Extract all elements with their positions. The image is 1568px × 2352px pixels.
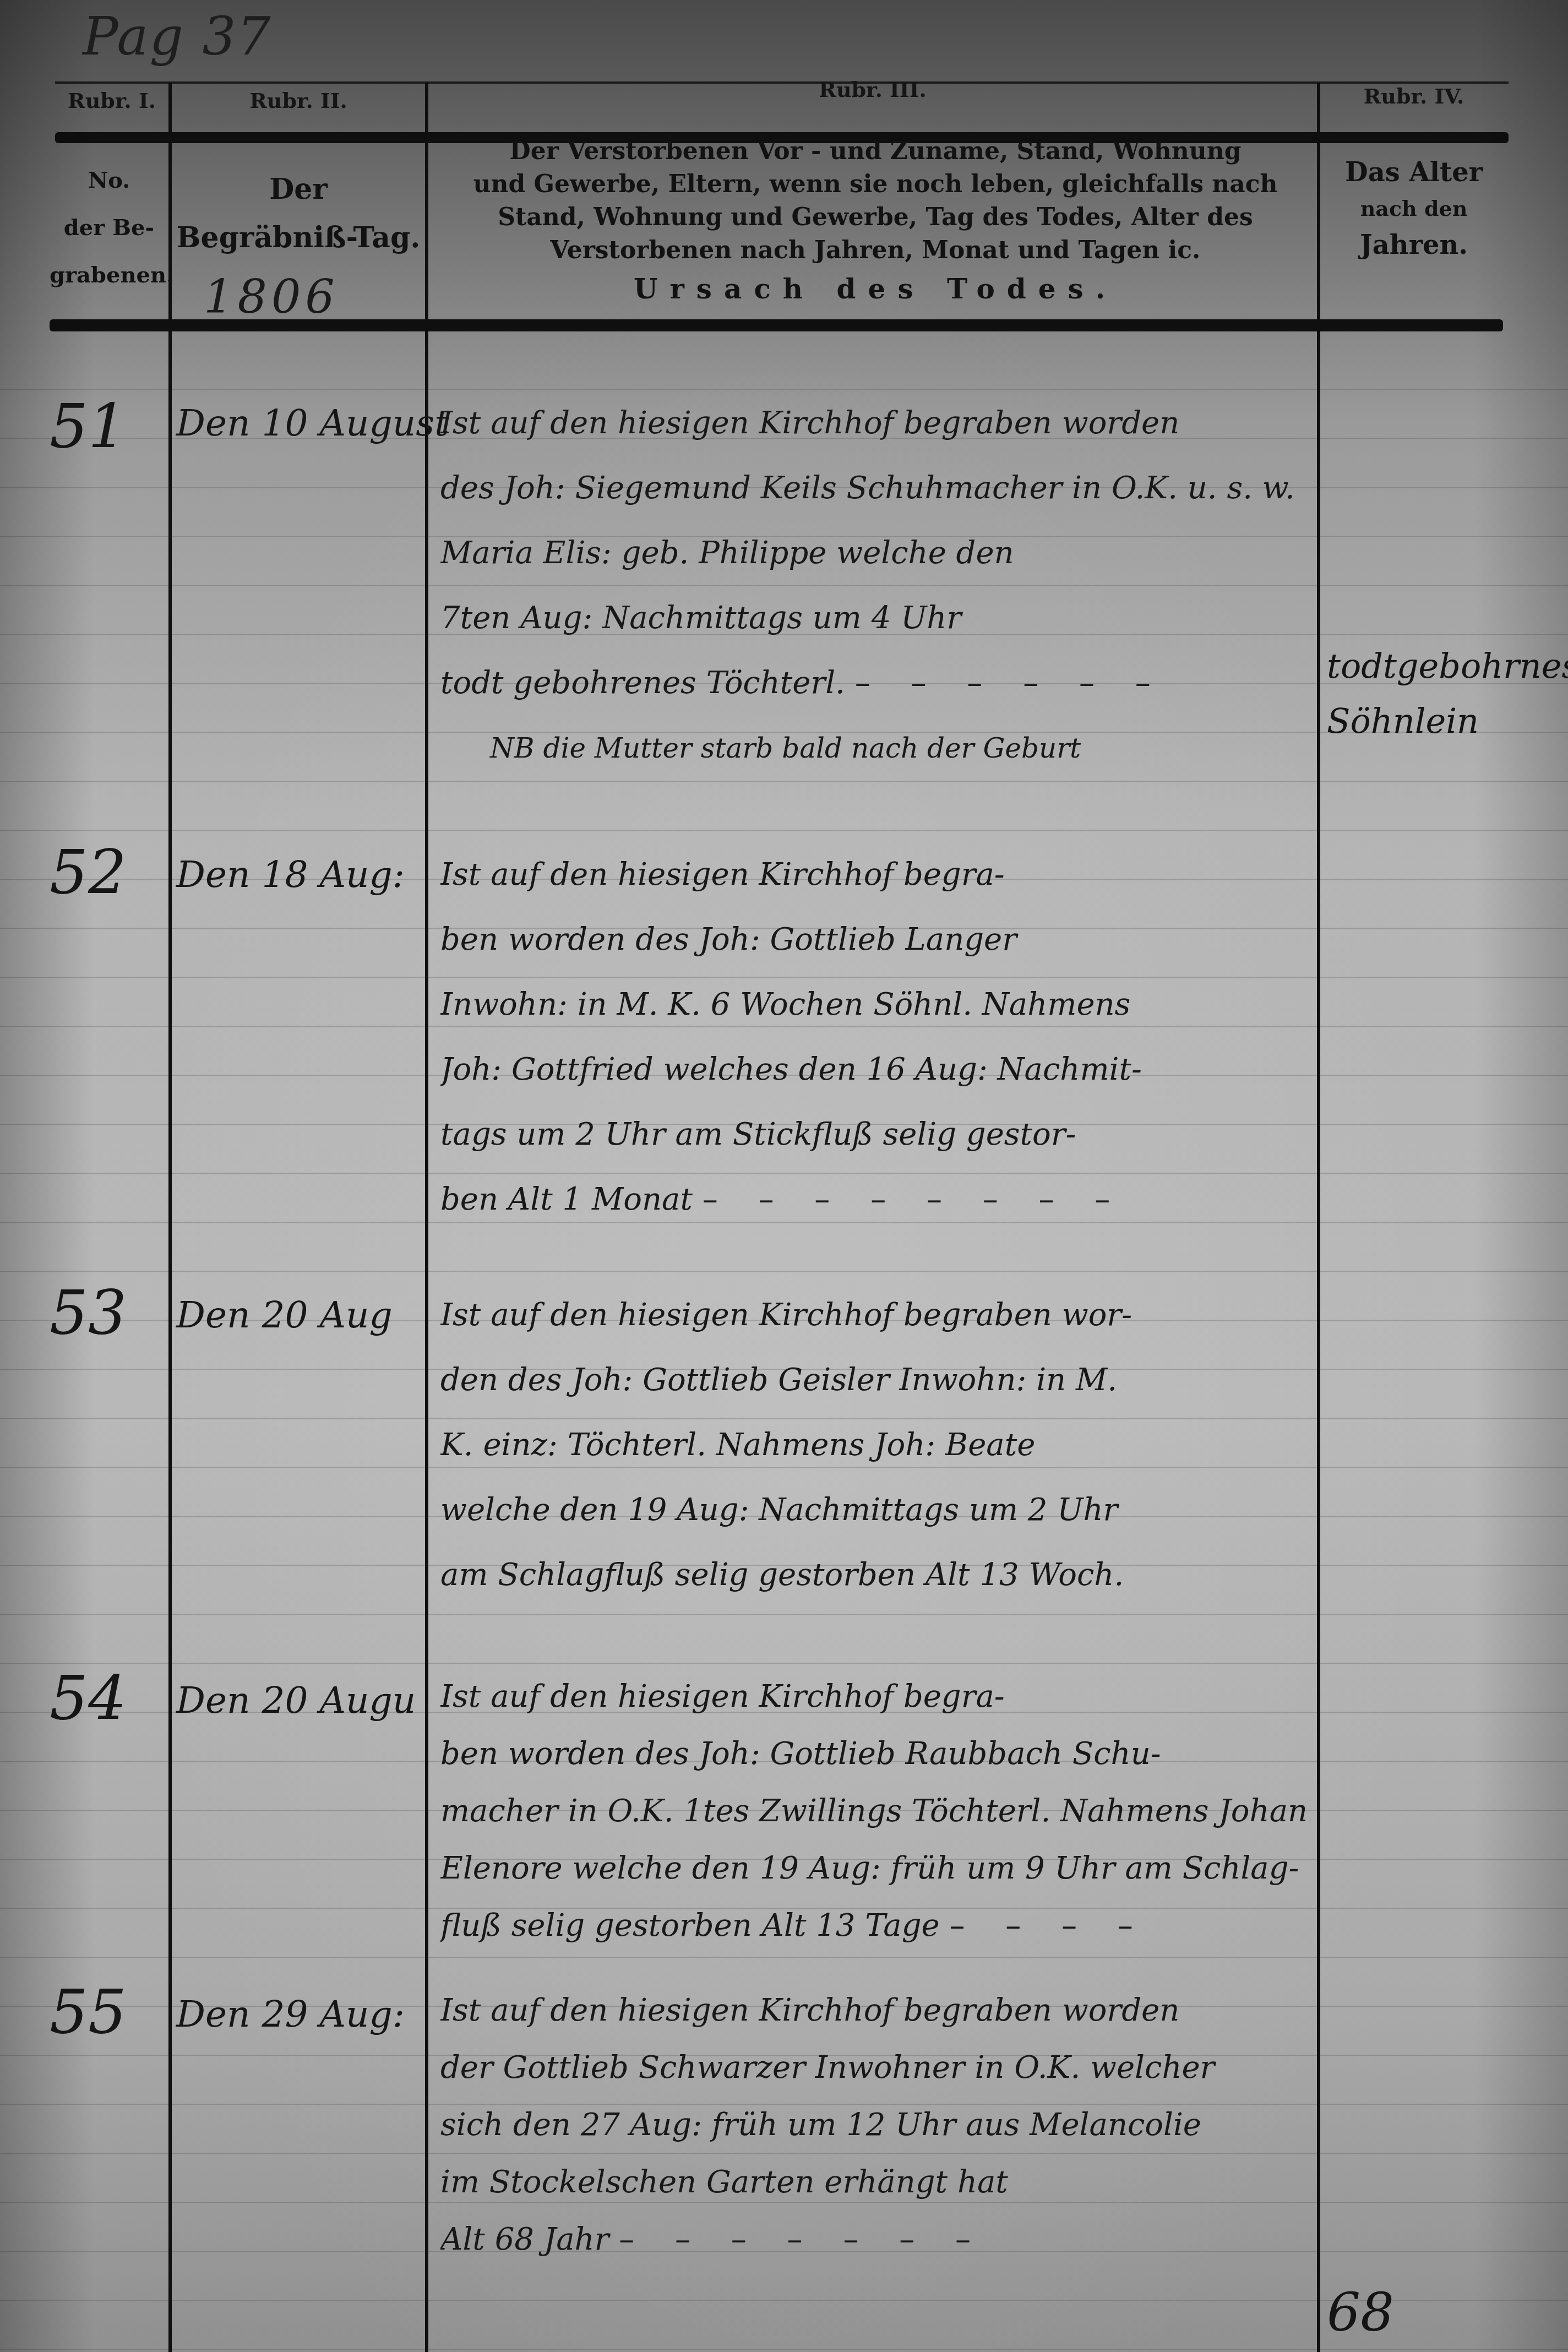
column-heading-burial-date: Der Begräbniß-Tag. bbox=[172, 165, 425, 262]
entry-note: NB die Mutter starb bald nach der Geburt bbox=[440, 716, 1310, 781]
register-page: Pag 37 Rubr. I. Rubr. II. Rubr. III. Rub… bbox=[0, 0, 1568, 2352]
column-heading-age: Das Alter nach den Jahren. bbox=[1320, 154, 1507, 263]
trailing-dashes: – – – – – – – bbox=[619, 2211, 986, 2268]
entry-age: 68 bbox=[1327, 2285, 1564, 2340]
entry-number: 53 bbox=[22, 1277, 154, 1348]
register-year: 1806 bbox=[204, 270, 339, 324]
entry-text: Ist auf den hiesigen Kirchhof begra- ben… bbox=[440, 1668, 1310, 1954]
entry-text: Ist auf den hiesigen Kirchhof begraben w… bbox=[440, 1982, 1310, 2268]
rubric-4-label: Rubr. IV. bbox=[1320, 84, 1507, 108]
entry-number: 54 bbox=[22, 1663, 154, 1733]
trailing-dashes: – – – – – – bbox=[855, 651, 1166, 716]
entry-number: 51 bbox=[22, 391, 154, 461]
column-divider-1 bbox=[168, 83, 172, 2352]
page-number: Pag 37 bbox=[83, 6, 272, 67]
entry-text: Ist auf den hiesigen Kirchhof begraben w… bbox=[440, 1283, 1310, 1608]
entry-text: Ist auf den hiesigen Kirchhof begraben w… bbox=[440, 391, 1310, 781]
entry-age: todtgebohrnes Söhnlein bbox=[1327, 639, 1564, 749]
trailing-dashes: – – – – – – – – bbox=[703, 1167, 1126, 1232]
entry-date: Den 29 Aug: bbox=[176, 1993, 429, 2035]
cause-of-death-heading: Ursach des Todes. bbox=[451, 273, 1299, 306]
entry-text: Ist auf den hiesigen Kirchhof begra- ben… bbox=[440, 842, 1310, 1232]
rubric-1-label: Rubr. I. bbox=[55, 88, 168, 113]
column-divider-3 bbox=[1317, 83, 1320, 2352]
entry-number: 52 bbox=[22, 837, 154, 907]
entry-date: Den 20 Augu bbox=[176, 1679, 429, 1722]
trailing-dashes: – – – – bbox=[949, 1897, 1148, 1954]
rubric-2-label: Rubr. II. bbox=[172, 88, 425, 113]
entry-date: Den 20 Aug bbox=[176, 1294, 429, 1336]
column-heading-deceased-details: Der Verstorbenen Vor - und Zuname, Stand… bbox=[451, 135, 1299, 306]
rubric-3-label: Rubr. III. bbox=[428, 77, 1317, 102]
column-heading-number: No. der Be- grabenen. bbox=[50, 157, 168, 299]
entry-date: Den 10 August bbox=[176, 402, 429, 444]
entry-number: 55 bbox=[22, 1977, 154, 2047]
entry-date: Den 18 Aug: bbox=[176, 853, 429, 896]
